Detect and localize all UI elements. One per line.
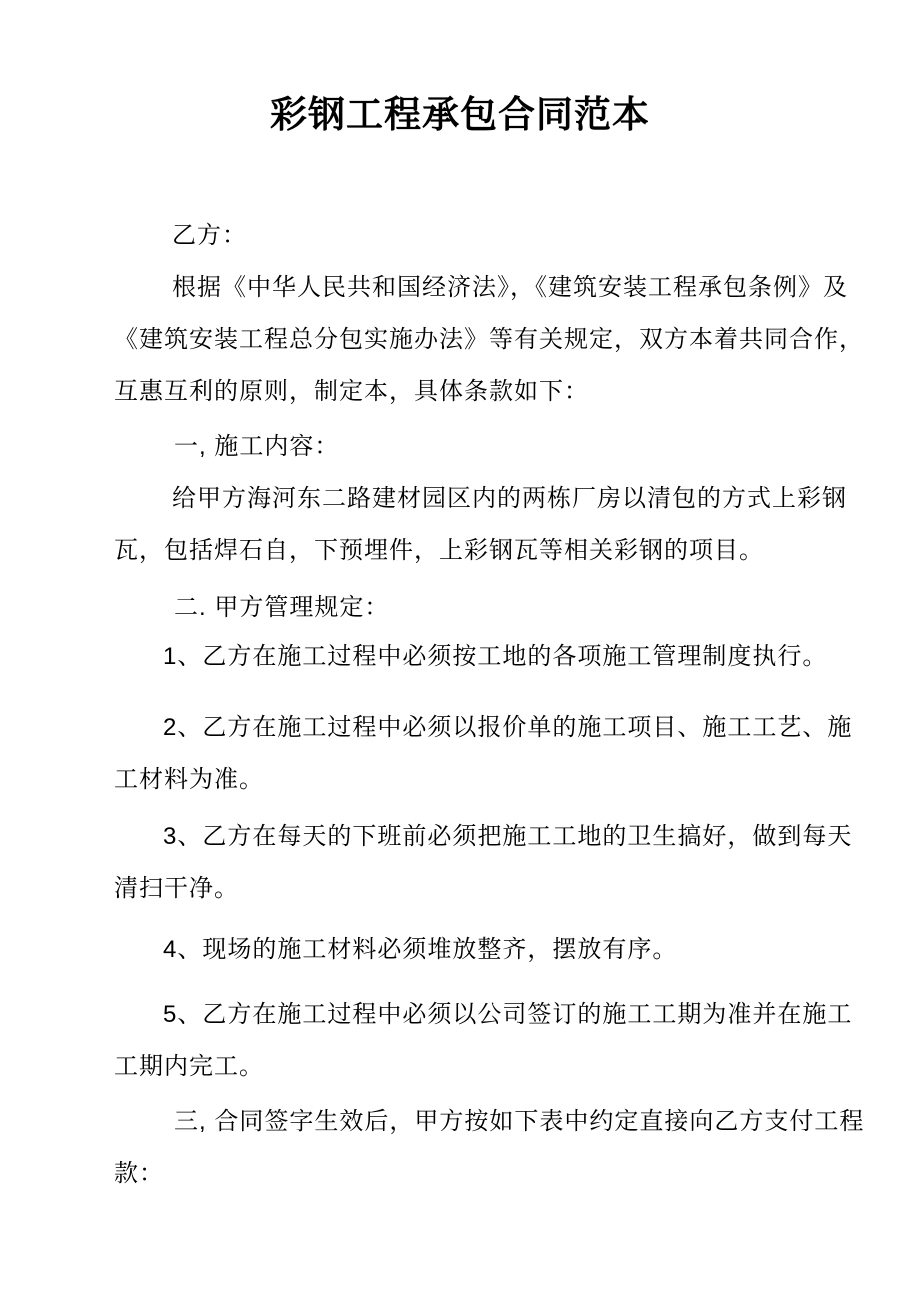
line-item-3-part-1: 3、乙方在每天的下班前必须把施工工地的卫生搞好，做到每天: [114, 811, 808, 863]
line-item-5-part-2: 工期内完工。: [114, 1041, 808, 1093]
line-preamble-3: 互惠互利的原则，制定本，具体条款如下：: [114, 366, 808, 418]
line-item-5-part-1: 5、乙方在施工过程中必须以公司签订的施工工期为准并在施工: [114, 989, 808, 1041]
line-item-3-part-2: 清扫干净。: [114, 863, 808, 915]
line-section-1-heading: 一, 施工内容：: [114, 421, 808, 473]
line-section-3-part-2: 款：: [114, 1148, 808, 1200]
document-title: 彩钢工程承包合同范本: [0, 92, 920, 138]
line-section-1-body-2: 瓦，包括焊石自，下预埋件，上彩钢瓦等相关彩钢的项目。: [114, 525, 808, 577]
line-preamble-1: 根据《中华人民共和国经济法》，《建筑安装工程承包条例》及: [114, 262, 808, 314]
document-page: 彩钢工程承包合同范本 乙方： 根据《中华人民共和国经济法》，《建筑安装工程承包条…: [0, 0, 920, 1301]
document-body: 乙方： 根据《中华人民共和国经济法》，《建筑安装工程承包条例》及 《建筑安装工程…: [114, 210, 808, 1200]
line-party-b-label: 乙方：: [114, 210, 808, 262]
line-item-1: 1、乙方在施工过程中必须按工地的各项施工管理制度执行。: [114, 631, 808, 683]
line-section-1-body-1: 给甲方海河东二路建材园区内的两栋厂房以清包的方式上彩钢: [114, 473, 808, 525]
line-item-4: 4、现场的施工材料必须堆放整齐，摆放有序。: [114, 924, 808, 976]
line-section-2-heading: 二. 甲方管理规定：: [114, 582, 808, 634]
line-item-2-part-2: 工材料为准。: [114, 754, 808, 806]
line-preamble-2: 《建筑安装工程总分包实施办法》等有关规定，双方本着共同合作，: [114, 314, 808, 366]
line-section-3-part-1: 三, 合同签字生效后，甲方按如下表中约定直接向乙方支付工程: [114, 1096, 808, 1148]
line-item-2-part-1: 2、乙方在施工过程中必须以报价单的施工项目、施工工艺、施: [114, 702, 808, 754]
